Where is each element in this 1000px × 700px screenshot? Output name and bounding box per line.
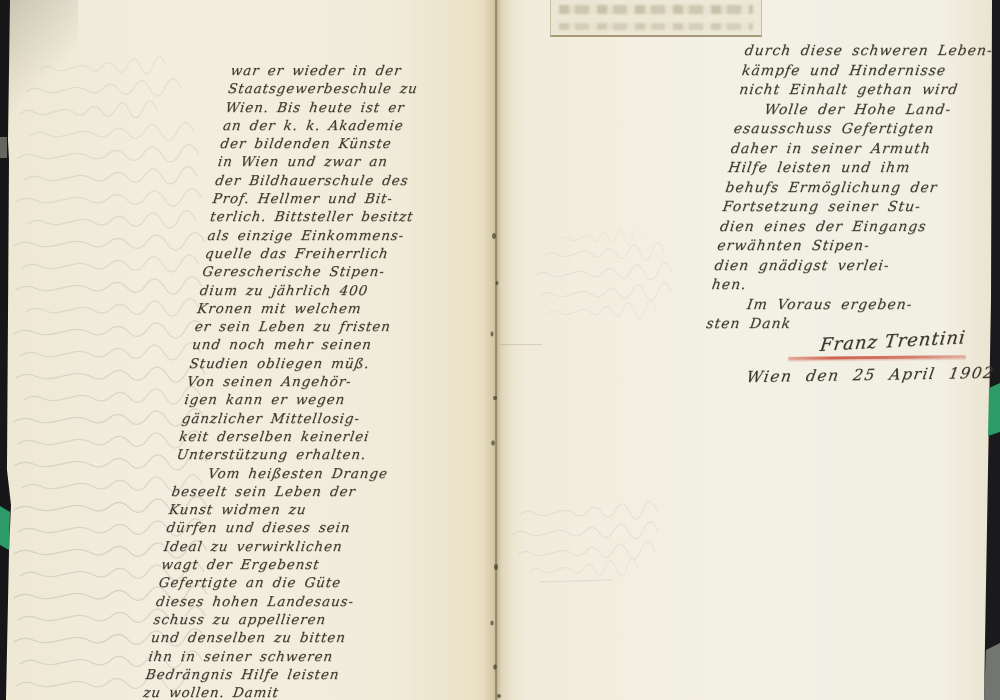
- handwriting-line: er sein Leben zu fristen: [193, 318, 458, 336]
- handwriting-line: Gefertigte an die Güte: [157, 574, 422, 592]
- handwriting-line: Staatsgewerbeschule zu: [227, 80, 492, 98]
- handwriting-line: Bedrängnis Hilfe leisten: [145, 666, 410, 684]
- handwriting-line: dien gnädigst verlei-: [713, 257, 966, 277]
- handwriting-line: quelle das Freiherrlich: [204, 245, 469, 263]
- handwriting-line: Unterstützung erhalten.: [175, 446, 440, 464]
- handwriting-line: war er wieder in der: [229, 62, 494, 80]
- right-page-text: durch diese schweren Leben-kämpfe und Hi…: [705, 42, 996, 335]
- handwriting-line: Im Voraus ergeben-: [746, 296, 961, 316]
- handwriting-line: igen kann er wegen: [183, 391, 448, 409]
- handwriting-line: wagt der Ergebenst: [160, 556, 425, 574]
- handwriting-line: daher in seiner Armuth: [730, 140, 983, 160]
- handwriting-line: in Wien und zwar an: [217, 153, 482, 171]
- handwriting-line: ihn in seiner schweren: [147, 648, 412, 666]
- handwriting-line: der bildenden Künste: [219, 135, 484, 153]
- handwriting-line: Kunst widmen zu: [168, 501, 433, 519]
- handwriting-line: Hilfe leisten und ihm: [727, 159, 980, 179]
- handwriting-line: nicht Einhalt gethan wird: [738, 81, 991, 101]
- handwriting-line: Von seinen Angehör-: [186, 373, 451, 391]
- handwriting-line: dium zu jährlich 400: [199, 282, 464, 300]
- handwriting-line: erwähnten Stipen-: [716, 237, 969, 257]
- handwriting-line: terlich. Bittsteller besitzt: [209, 208, 474, 226]
- handwriting-line: als einzige Einkommens-: [206, 227, 471, 245]
- handwriting-line: Vom heißesten Drange: [207, 465, 438, 483]
- handwriting-line: kämpfe und Hindernisse: [741, 62, 994, 82]
- handwriting-line: Wien. Bis heute ist er: [224, 99, 489, 117]
- handwriting-line: und noch mehr seinen: [191, 336, 456, 354]
- faded-stamp: [550, 0, 762, 37]
- handwriting-line: Prof. Hellmer und Bit-: [211, 190, 476, 208]
- handwriting-line: Fortsetzung seiner Stu-: [721, 198, 974, 218]
- handwriting-line: der Bildhauerschule des: [214, 172, 479, 190]
- handwriting-line: dieses hohen Landesaus-: [155, 593, 420, 611]
- handwriting-line: Ideal zu verwirklichen: [163, 538, 428, 556]
- handwriting-line: dürfen und dieses sein: [165, 519, 430, 537]
- handwriting-line: beseelt sein Leben der: [170, 483, 435, 501]
- handwriting-line: durch diese schweren Leben-: [743, 42, 996, 62]
- handwriting-line: schuss zu appellieren: [152, 611, 417, 629]
- handwriting-line: Wolle der Hohe Land-: [763, 101, 988, 121]
- binding-label-patch: [0, 137, 7, 158]
- manuscript-scan: war er wieder in derStaatsgewerbeschule …: [0, 0, 1000, 700]
- handwriting-line: zu wollen. Damit: [142, 684, 407, 700]
- corner-shade: [8, 0, 78, 130]
- page-fold-line: [495, 0, 497, 700]
- handwriting-line: an der k. k. Akademie: [222, 117, 487, 135]
- stamp-smudge: [559, 5, 753, 14]
- handwriting-line: gänzlicher Mittellosig-: [181, 410, 446, 428]
- handwriting-line: hen.: [710, 276, 963, 296]
- handwriting-line: keit derselben keinerlei: [178, 428, 443, 446]
- handwriting-line: Gerescherische Stipen-: [201, 263, 466, 281]
- handwriting-line: Kronen mit welchem: [196, 300, 461, 318]
- handwriting-line: esausschuss Gefertigten: [732, 120, 985, 140]
- handwriting-line: Studien obliegen müß.: [188, 355, 453, 373]
- handwriting-line: und denselben zu bitten: [150, 629, 415, 647]
- stamp-smudge: [559, 23, 753, 30]
- handwriting-line: behufs Ermöglichung der: [724, 179, 977, 199]
- page-fold-shadow: [484, 0, 512, 700]
- handwriting-line: dien eines der Eingangs: [719, 218, 972, 238]
